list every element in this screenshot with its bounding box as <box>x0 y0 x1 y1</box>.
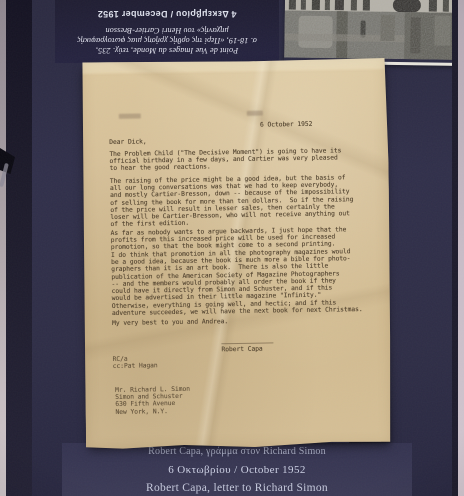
caption-date-line: 6 Οκτωβρίου / October 1952 <box>62 457 412 476</box>
label-title-line2: σ. 18-19, «Περί της ορθής χρήσης μιας φω… <box>55 35 279 45</box>
letter-paragraph-3: As far as nobody wants to argue backward… <box>111 226 347 251</box>
inverted-label-text-block: Point de Vue Images du Monde, τεύχ. 235,… <box>55 9 279 55</box>
signature-pencil-line <box>221 342 273 344</box>
recipient-address-block: Mr. Richard L. Simon Simon and Schuster … <box>115 386 190 416</box>
letter-salutation: Dear Dick, <box>109 138 147 146</box>
inverted-magazine-photo <box>284 0 464 66</box>
cc-line: cc:Pat Hagan <box>113 362 158 370</box>
letter-paragraph-5: Otherwise, everything is going well, and… <box>112 299 363 317</box>
letter-date: 6 October 1952 <box>260 121 312 129</box>
letter-closing-line: My very best to you and Andrea. <box>112 318 228 327</box>
exhibit-caption-plate: Robert Capa, γράμμα στον Richard Simon 6… <box>62 443 412 496</box>
label-date-line: 4 Δεκεμβρίου / December 1952 <box>55 9 279 19</box>
faded-stamp-left <box>119 113 141 118</box>
caption-english-line: Robert Capa, letter to Richard Simon <box>62 476 412 494</box>
letter-paragraph-1: The Problem Child ("The Decisive Moment"… <box>109 147 341 172</box>
typed-signature-name: Robert Capa <box>221 346 262 354</box>
letter-paper: 6 October 1952 Dear Dick, The Problem Ch… <box>80 58 393 451</box>
letter-paragraph-4: I do think that promotion in all the pho… <box>111 248 351 302</box>
label-title-line1: Point de Vue Images du Monde, τεύχ. 235, <box>55 45 279 55</box>
photo-artwork <box>284 0 464 60</box>
case-left-frame-edge <box>0 0 6 496</box>
exhibit-case-photo: Point de Vue Images du Monde, τεύχ. 235,… <box>0 0 464 496</box>
case-left-shadow-band <box>6 0 32 496</box>
inverted-exhibit-label: Point de Vue Images du Monde, τεύχ. 235,… <box>55 0 279 63</box>
letter-paragraph-2: The raising of the price might be a good… <box>110 174 354 228</box>
faded-stamp-right <box>247 111 263 116</box>
case-right-frame-edge <box>458 0 464 496</box>
label-title-line3: μηχανής» του Henri Cartier-Bresson <box>55 25 279 35</box>
